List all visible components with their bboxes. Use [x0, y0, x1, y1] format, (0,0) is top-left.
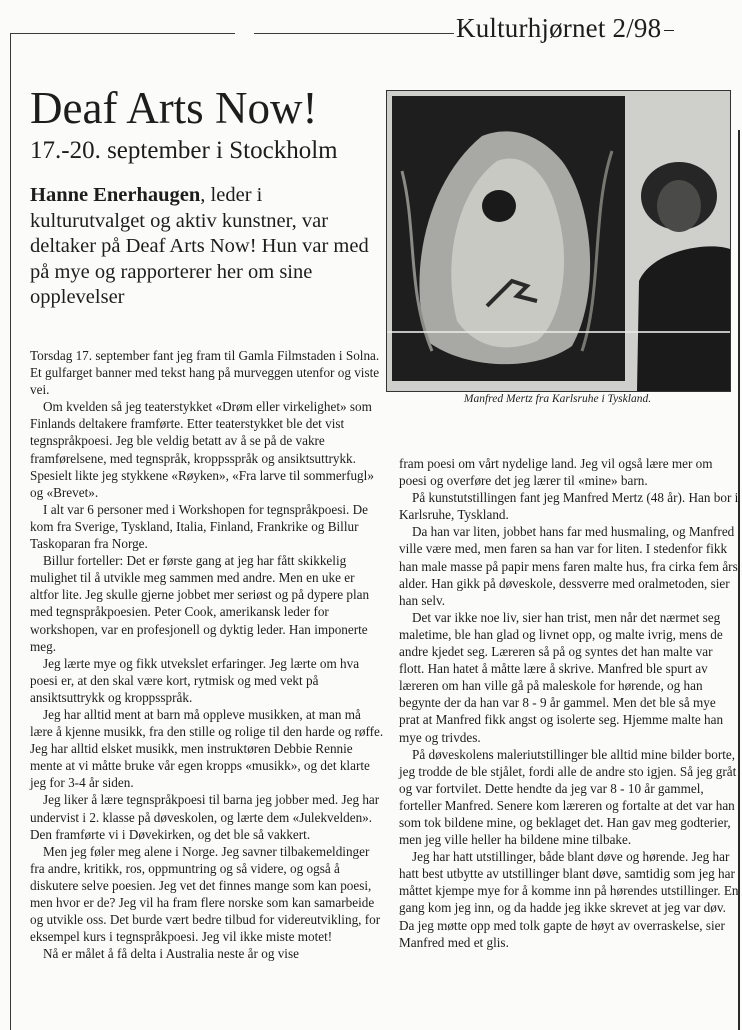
article-headline: Deaf Arts Now!: [30, 82, 317, 134]
article-lead: Hanne Enerhaugen, leder i kulturutvalget…: [30, 183, 370, 311]
lead-author: Hanne Enerhaugen: [30, 184, 200, 206]
frame-rule-left: [10, 33, 11, 1030]
paragraph: Jeg liker å lære tegnspråkpoesi til barn…: [30, 791, 385, 842]
paragraph: Det var ikke noe liv, sier han trist, me…: [399, 609, 739, 746]
paragraph: Da han var liten, jobbet hans far med hu…: [399, 523, 739, 608]
paragraph: Jeg lærte mye og fikk utvekslet erfaring…: [30, 655, 385, 706]
masthead-dash: [664, 30, 674, 31]
painting-photo-illustration: [387, 91, 730, 391]
article-subhead: 17.-20. september i Stockholm: [30, 136, 338, 166]
masthead: Kulturhjørnet 2/98: [456, 12, 674, 44]
article-column-left: Torsdag 17. september fant jeg fram til …: [30, 347, 385, 962]
paragraph: Jeg har alltid ment at barn må oppleve m…: [30, 706, 385, 791]
paragraph: fram poesi om vårt nydelige land. Jeg vi…: [399, 455, 739, 489]
masthead-title: Kulturhjørnet 2/98: [456, 13, 661, 43]
paragraph: Men jeg føler meg alene i Norge. Jeg sav…: [30, 843, 385, 946]
paragraph: Billur forteller: Det er første gang at …: [30, 552, 385, 655]
article-column-right: fram poesi om vårt nydelige land. Jeg vi…: [399, 455, 739, 951]
paragraph: Jeg har hatt utstillinger, både blant dø…: [399, 848, 739, 951]
paragraph: På kunstutstillingen fant jeg Manfred Me…: [399, 489, 739, 523]
paragraph: Om kvelden så jeg teaterstykket «Drøm el…: [30, 398, 385, 501]
photo-caption: Manfred Mertz fra Karlsruhe i Tyskland.: [386, 392, 729, 406]
paragraph: I alt var 6 personer med i Workshopen fo…: [30, 501, 385, 552]
paragraph: Nå er målet å få delta i Australia neste…: [30, 945, 385, 962]
paragraph: Torsdag 17. september fant jeg fram til …: [30, 347, 385, 398]
frame-rule-top-left: [10, 33, 235, 34]
frame-rule-top-middle: [254, 33, 454, 34]
article-photo: [386, 90, 731, 392]
paragraph: På døveskolens maleriutstillinger ble al…: [399, 746, 739, 849]
